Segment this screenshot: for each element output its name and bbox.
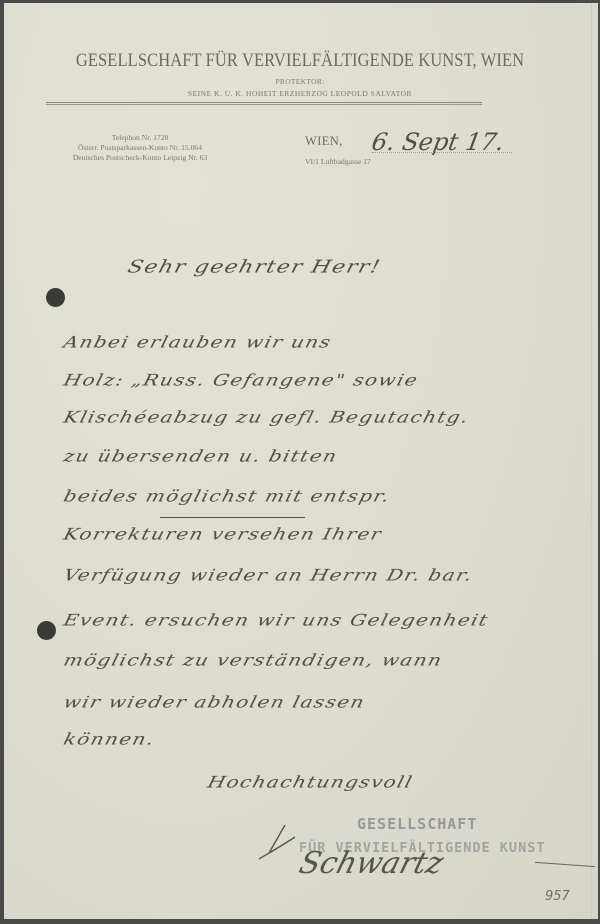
body-line-9: möglichst zu verständigen, wann (62, 650, 445, 669)
letterhead-address: VI/1 Luftbadgasse 17 (305, 157, 371, 166)
body-line-10: wir wieder abholen lassen (62, 692, 368, 711)
letterhead-organization: GESELLSCHAFT FÜR VERVIELFÄLTIGENDE KUNST… (0, 49, 600, 72)
body-line-6: Korrekturen versehen Ihrer (62, 524, 385, 543)
signature: Schwartz (295, 846, 447, 881)
punch-hole-top (46, 288, 65, 307)
archive-number: 957 (545, 889, 570, 904)
letterhead-protector-label: PROTEKTOR: (0, 77, 600, 86)
paper-edge (591, 3, 592, 919)
contact-postscheck: Deutsches Postscheck-Konto Leipzig Nr. 6… (40, 153, 240, 163)
contact-telephone: Telephon Nr. 1728 (40, 133, 240, 143)
salutation: Sehr geehrter Herr! (126, 258, 384, 278)
underline-moeglichst (160, 517, 305, 518)
contact-postsparkasse: Österr. Postsparkassen-Konto Nr. 15.064 (40, 143, 240, 153)
pen-stroke-decoration (255, 823, 305, 863)
body-line-7: Verfügung wieder an Herrn Dr. bar. (62, 565, 476, 584)
body-line-5-text: beides möglichst mit entspr. (62, 486, 393, 505)
body-line-5: beides möglichst mit entspr. (62, 486, 393, 505)
punch-hole-bottom (37, 621, 56, 640)
letterhead-divider (46, 102, 482, 105)
body-line-11: können. (62, 729, 158, 748)
closing: Hochachtungsvoll (206, 772, 416, 791)
date-dotted-line (372, 152, 512, 153)
stamp-line-1: GESELLSCHAFT (357, 815, 477, 833)
body-line-1: Anbei erlauben wir uns (62, 332, 334, 351)
body-line-2: Holz: „Russ. Gefangene" sowie (62, 370, 421, 389)
body-line-4: zu übersenden u. bitten (62, 446, 340, 465)
letterhead-contact-block: Telephon Nr. 1728 Österr. Postsparkassen… (40, 133, 240, 163)
body-line-8: Event. ersuchen wir uns Gelegenheit (62, 610, 491, 629)
body-line-3: Klischéeabzug zu gefl. Begutachtg. (62, 407, 472, 426)
letterhead-protector-name: SEINE K. U. K. HOHEIT ERZHERZOG LEOPOLD … (0, 89, 600, 98)
letterhead-place: WIEN, (305, 134, 343, 149)
